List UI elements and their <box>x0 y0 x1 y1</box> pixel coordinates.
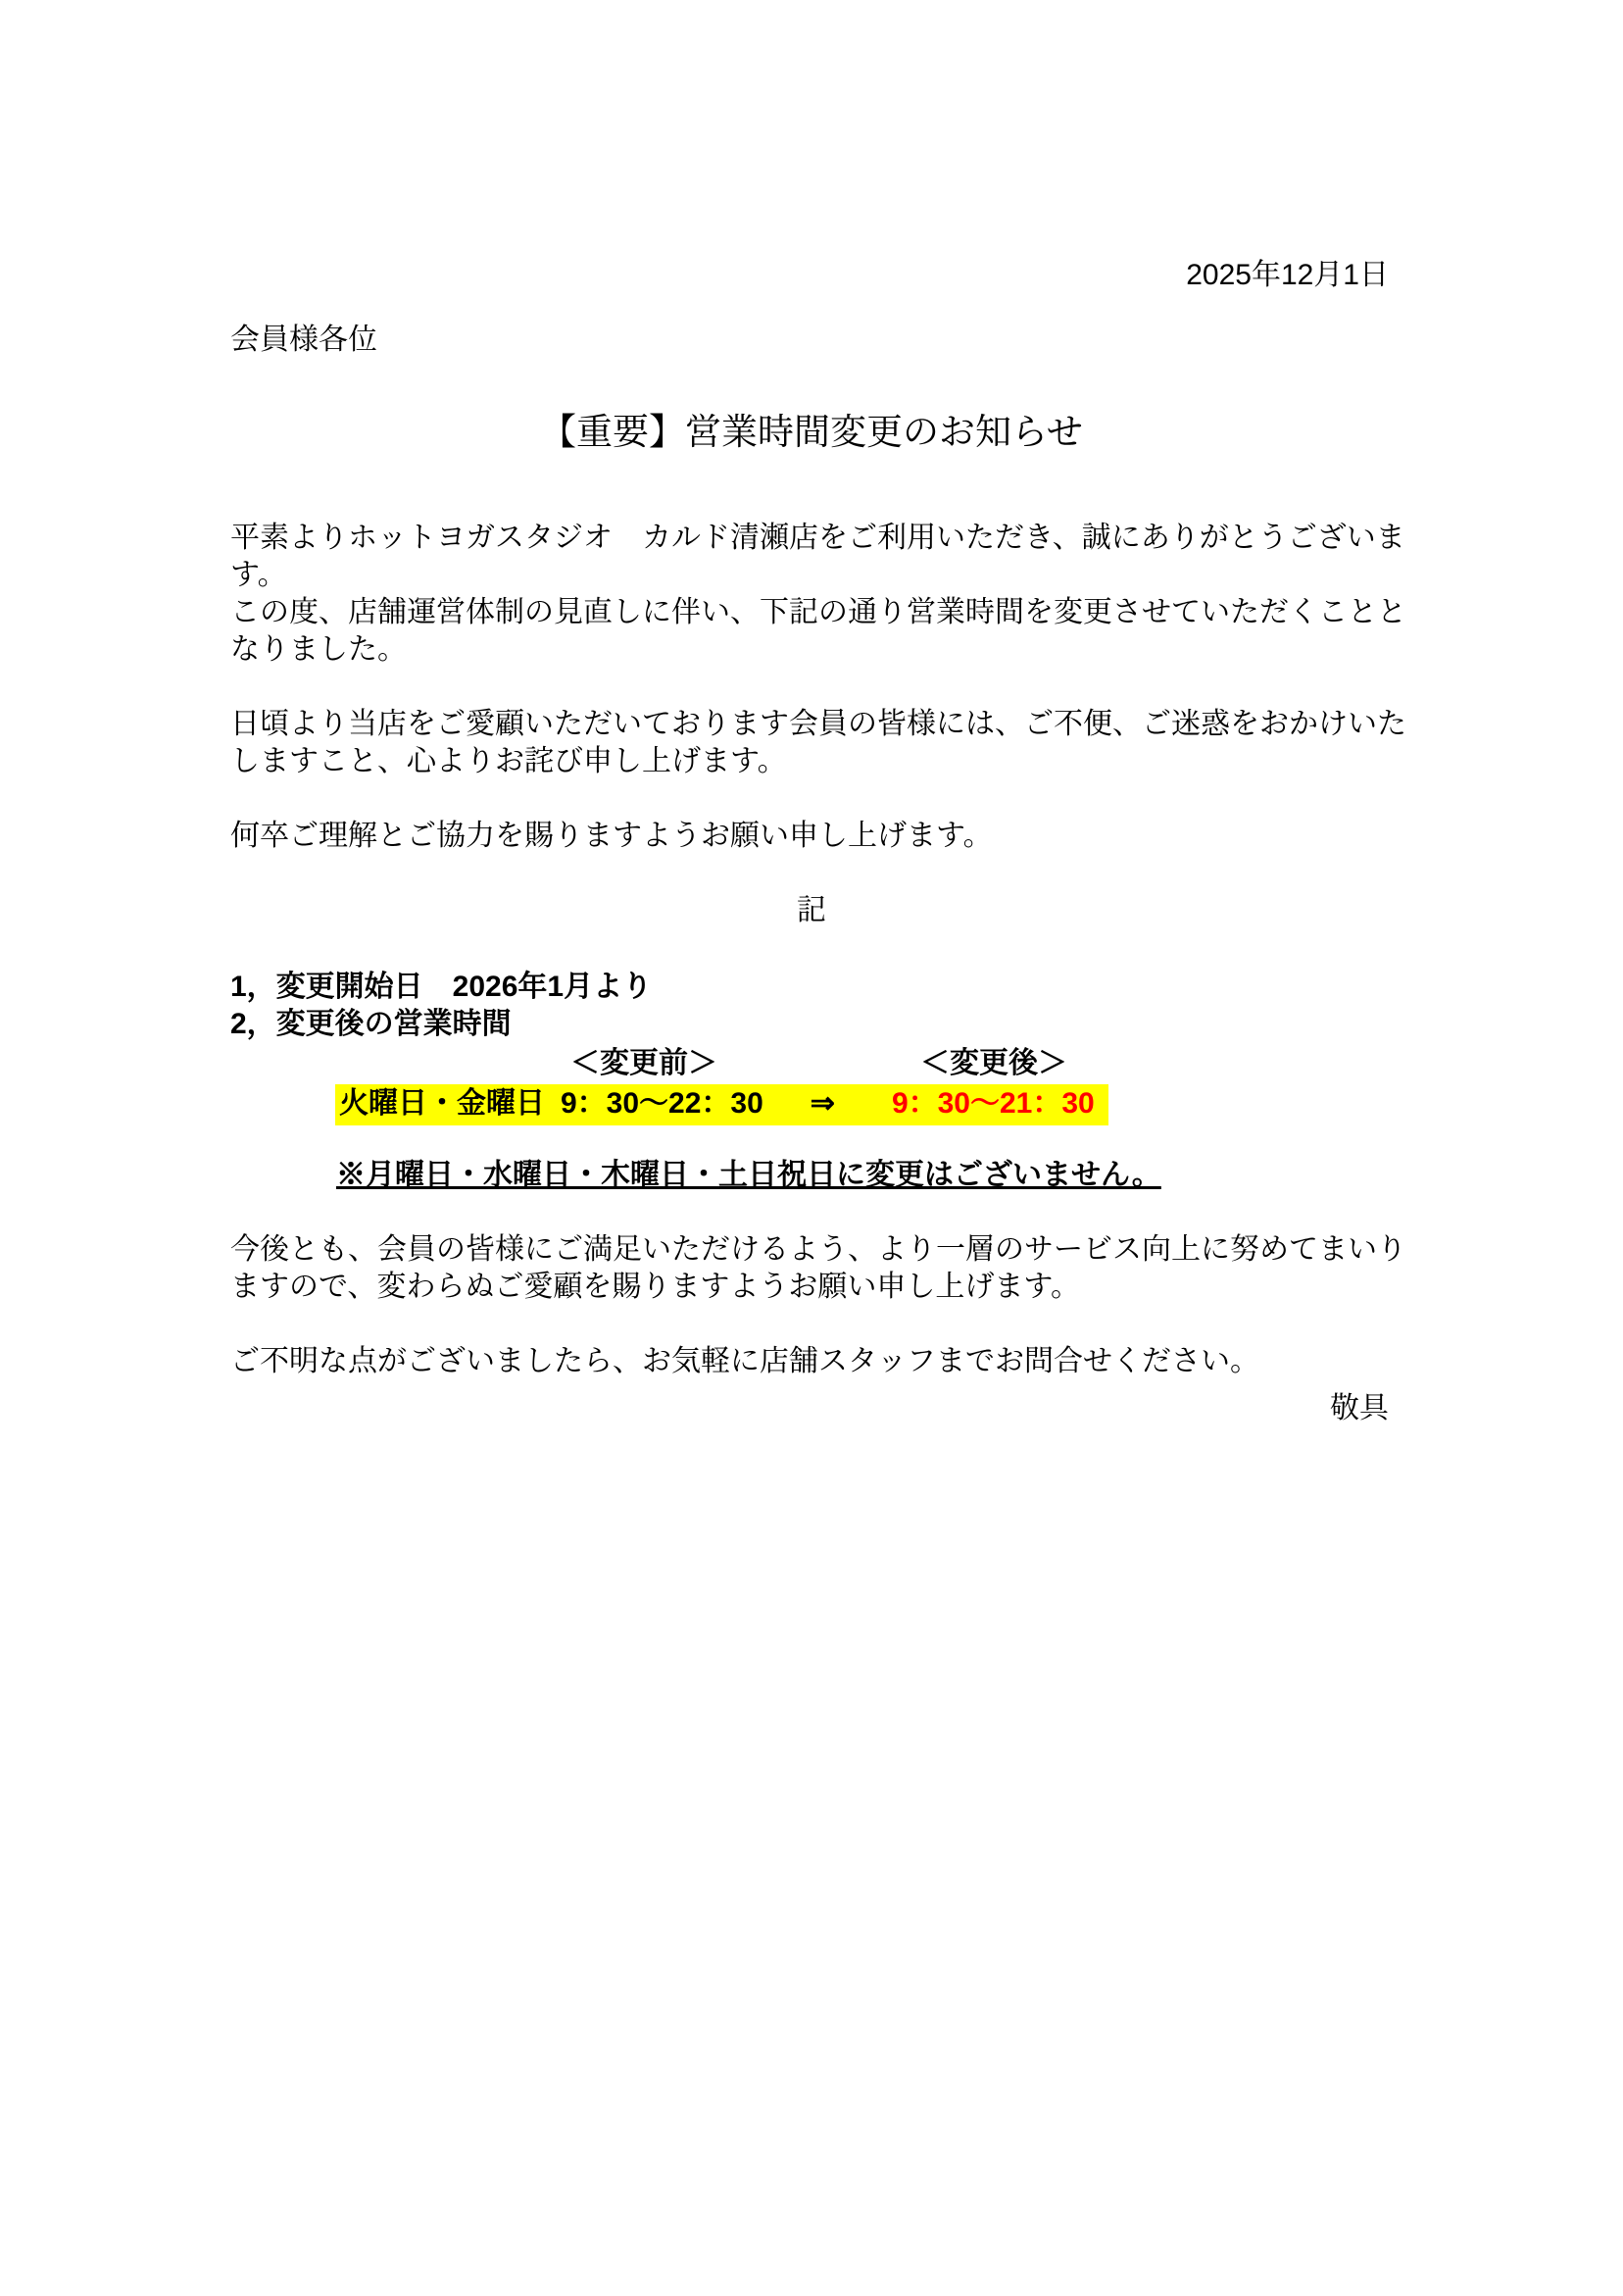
before-change-header: ＜変更前＞ <box>570 1045 717 1082</box>
document-date: 2025年12月1日 <box>230 257 1389 294</box>
contact-paragraph: ご不明な点がございましたら、お気軽に店舗スタッフまでお問合せください。 <box>230 1343 1456 1380</box>
schedule-row-highlighted: 火曜日・金曜日 9：30〜22：30 ⇒ 9：30〜21：30 <box>335 1084 1108 1125</box>
arrow-right-icon: ⇒ <box>811 1085 835 1123</box>
closing-paragraph: 今後とも、会員の皆様にご満足いただけるよう、より一層のサービス向上に努めてまいり… <box>230 1231 1456 1306</box>
schedule-days: 火曜日・金曜日 <box>339 1085 545 1123</box>
document-content: 2025年12月1日 会員様各位 【重要】営業時間変更のお知らせ 平素よりホット… <box>0 0 1623 1427</box>
no-change-note: ※月曜日・水曜日・木曜日・土日祝日に変更はございません。 <box>336 1157 1456 1194</box>
before-change-time: 9：30〜22：30 <box>561 1085 763 1123</box>
sign-off: 敬具 <box>230 1390 1389 1427</box>
apology-paragraph: 日頃より当店をご愛顧いただいております会員の皆様には、ご不便、ご迷惑をおかけいた… <box>230 706 1456 780</box>
request-paragraph: 何卒ご理解とご協力を賜りますようお願い申し上げます。 <box>230 818 1456 855</box>
schedule-headers: ＜変更前＞ ＜変更後＞ <box>230 1045 1456 1082</box>
after-change-header: ＜変更後＞ <box>920 1045 1067 1082</box>
addressee: 会員様各位 <box>230 322 1456 359</box>
record-marker: 記 <box>230 892 1393 929</box>
change-start-date-item: 1，変更開始日 2026年1月より <box>230 969 1456 1006</box>
notice-document-page: 2025年12月1日 会員様各位 【重要】営業時間変更のお知らせ 平素よりホット… <box>0 0 1623 2296</box>
after-change-time: 9：30〜21：30 <box>892 1085 1095 1123</box>
document-title: 【重要】営業時間変更のお知らせ <box>230 410 1393 455</box>
greeting-paragraph: 平素よりホットヨガスタジオ カルド清瀬店をご利用いただき、誠にありがとうございま… <box>230 520 1456 669</box>
new-hours-item: 2，変更後の営業時間 <box>230 1006 1456 1043</box>
